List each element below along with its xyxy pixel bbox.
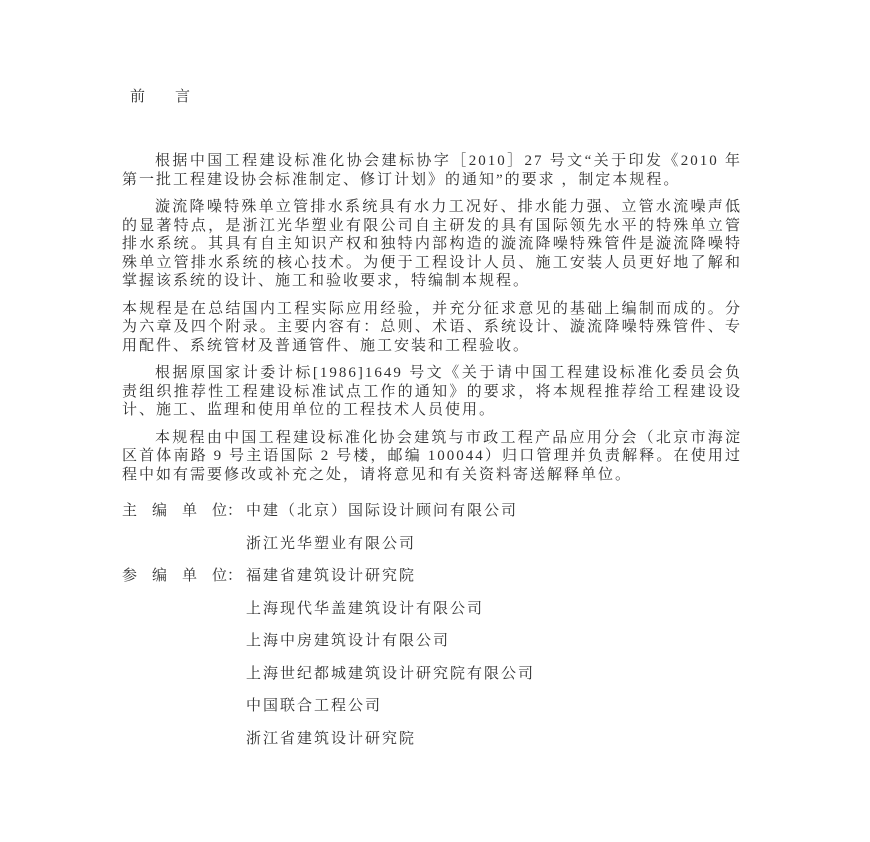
paragraph-basis: 根据中国工程建设标准化协会建标协字［2010］27 号文“关于印发《2010 年…: [122, 152, 742, 189]
participating-unit-row: 中国联合工程公司: [122, 697, 742, 716]
lead-unit-row: 主 编 单 位： 中建（北京）国际设计顾问有限公司: [122, 502, 742, 521]
paragraph-system-intro: 漩流降噪特殊单立管排水系统具有水力工况好、排水能力强、立管水流噪声低的显著特点，…: [122, 198, 742, 291]
document-page: 前 言 根据中国工程建设标准化协会建标协字［2010］27 号文“关于印发《20…: [0, 0, 870, 842]
unit-name: 中建（北京）国际设计顾问有限公司: [246, 502, 518, 521]
lead-unit-row: 浙江光华塑业有限公司: [122, 535, 742, 554]
document-content: 前 言 根据中国工程建设标准化协会建标协字［2010］27 号文“关于印发《20…: [122, 0, 742, 762]
unit-name: 浙江省建筑设计研究院: [246, 730, 416, 749]
participating-unit-row: 上海世纪都城建筑设计研究院有限公司: [122, 665, 742, 684]
paragraph-contents: 本规程是在总结国内工程实际应用经验，并充分征求意见的基础上编制而成的。分为六章及…: [122, 300, 742, 356]
page-title: 前 言: [130, 88, 742, 106]
participating-unit-row: 参 编 单 位： 福建省建筑设计研究院: [122, 567, 742, 586]
unit-name: 浙江光华塑业有限公司: [246, 535, 416, 554]
unit-name: 中国联合工程公司: [246, 697, 382, 716]
participating-units-label: 参 编 单 位：: [122, 567, 246, 586]
editing-units-section: 主 编 单 位： 中建（北京）国际设计顾问有限公司 浙江光华塑业有限公司 参 编…: [122, 502, 742, 748]
participating-unit-row: 上海中房建筑设计有限公司: [122, 632, 742, 651]
participating-unit-row: 上海现代华盖建筑设计有限公司: [122, 600, 742, 619]
lead-units-label: 主 编 单 位：: [122, 502, 246, 521]
unit-name: 上海中房建筑设计有限公司: [246, 632, 450, 651]
paragraph-recommendation: 根据原国家计委计标[1986]1649 号文《关于请中国工程建设标准化委员会负责…: [122, 364, 742, 420]
participating-unit-row: 浙江省建筑设计研究院: [122, 730, 742, 749]
unit-name: 福建省建筑设计研究院: [246, 567, 416, 586]
paragraph-administration: 本规程由中国工程建设标准化协会建筑与市政工程产品应用分会（北京市海淀区首体南路 …: [122, 429, 742, 485]
unit-name: 上海现代华盖建筑设计有限公司: [246, 600, 484, 619]
unit-name: 上海世纪都城建筑设计研究院有限公司: [246, 665, 535, 684]
